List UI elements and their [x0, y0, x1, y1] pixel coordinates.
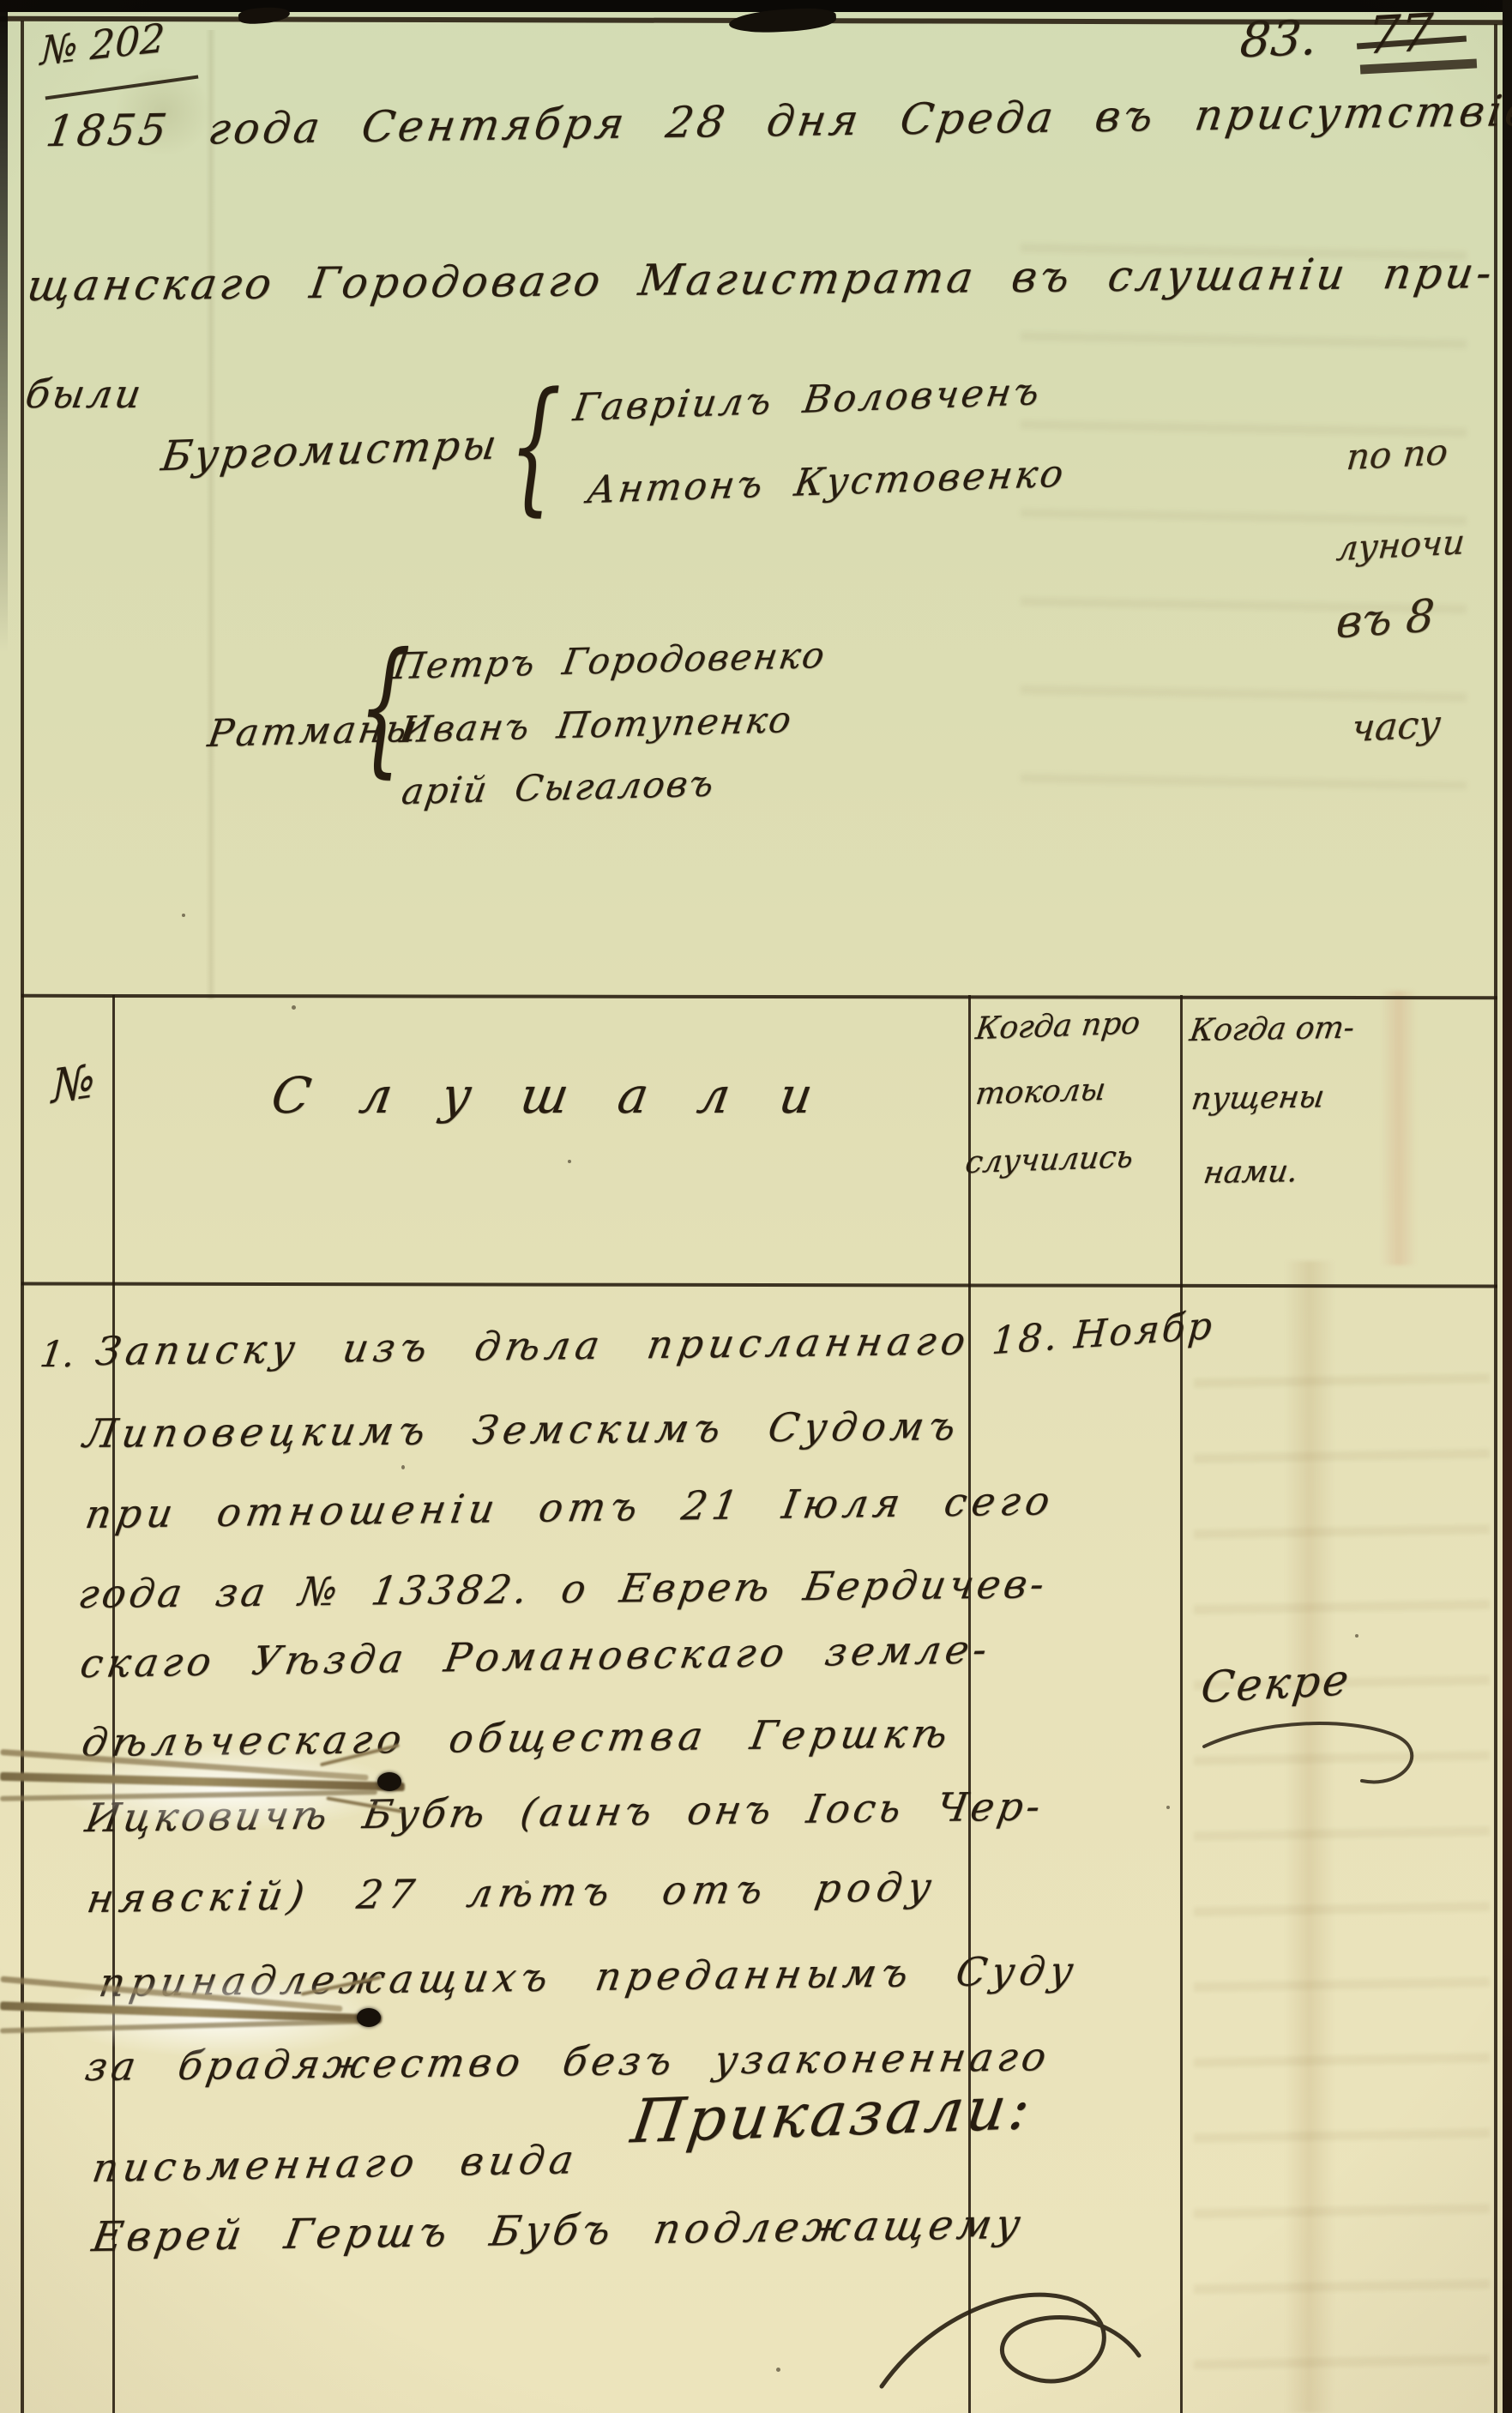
header-heard: С л у ш а л и [268, 1071, 830, 1120]
right-margin-rule [1494, 24, 1497, 2413]
entry-line-4: года за № 13382. о Евреѣ Бердичев- [75, 1564, 1051, 1614]
entry-line-9: принадлежащихъ преданнымъ Суду [96, 1951, 1081, 2002]
scan-left-edge [0, 0, 8, 652]
ink-speck [401, 1465, 405, 1469]
table-top-rule [21, 994, 1497, 999]
header-when-recorded-1: Когда про [974, 1008, 1142, 1045]
bleed-through-ghost-text [1194, 1312, 1490, 2398]
scan-right-edge [1503, 0, 1512, 2413]
burgomasters-brace: { [508, 384, 562, 507]
ink-speck [1166, 1806, 1170, 1809]
header-when-dispatched-2: пущены [1190, 1082, 1327, 1115]
entry-line-2: Липовецкимъ Земскимъ Судомъ [81, 1406, 963, 1453]
ink-smudge [238, 6, 290, 25]
margin-note-line-2: луночи [1334, 525, 1466, 566]
header-when-recorded-2: токолы [974, 1075, 1108, 1110]
ink-speck [568, 1160, 571, 1163]
doc-number-underline [45, 75, 199, 100]
ratman-name-3: арій Сыгаловъ [400, 765, 718, 810]
intro-line-2: щанскаго Городоваго Магистрата въ слушан… [25, 251, 1498, 307]
entry-line-5: скаго Уѣзда Романовскаго земле- [78, 1629, 994, 1683]
column4-fold-stain [1285, 1261, 1334, 2413]
ink-speck [182, 914, 185, 917]
burgomasters-label: Бургомистры [159, 424, 501, 477]
header-when-recorded-3: случились [964, 1142, 1136, 1179]
header-number: № [51, 1058, 95, 1111]
row-number: 1. [38, 1336, 77, 1372]
ink-speck [776, 2368, 780, 2372]
ratman-name-1: Петръ Городовенко [391, 637, 828, 685]
number-column-divider [112, 995, 115, 2413]
left-crease [206, 30, 216, 999]
burgomaster-name-1: Гавріилъ Воловченъ [571, 373, 1044, 427]
doc-number: № 202 [39, 18, 166, 71]
table-header-underline [21, 1282, 1497, 1288]
entry-line-6: дѣльческаго общества Гершкѣ [79, 1713, 955, 1762]
red-edge-stain [1381, 991, 1417, 1265]
thread-strand [0, 2001, 382, 2024]
burgomaster-name-2: Антонъ Кустовенко [585, 455, 1069, 510]
scanned-document-page: № 202 83. 77 1855 года Сентября 28 дня С… [0, 0, 1512, 2413]
ratman-name-2: Иванъ Потупенко [398, 702, 795, 748]
margin-note-line-1: по по [1345, 434, 1449, 475]
thread-knot [357, 2008, 381, 2027]
entry-line-8: нявскій) 27 лѣтъ отъ роду [85, 1867, 941, 1918]
pen-flourish [866, 2273, 1209, 2410]
margin-note-line-4: часу [1350, 706, 1443, 749]
ink-speck [292, 1005, 296, 1010]
scan-top-edge [0, 0, 1512, 12]
entry-line-11: письменнаго вида [90, 2139, 581, 2187]
header-when-dispatched-3: нами. [1202, 1156, 1300, 1189]
entry-line-12: Еврей Гершъ Бубъ подлежащему [89, 2204, 1027, 2258]
intro-line-3: были [23, 374, 147, 413]
date-column-divider [1180, 995, 1183, 2413]
dispatch-note-flourish [1194, 1707, 1451, 1810]
intro-line-1: 1855 года Сентября 28 дня Среда въ прису… [44, 87, 1512, 153]
row-dispatch-note: Секре [1199, 1658, 1353, 1710]
page-number-crossed-out: 77 [1366, 7, 1434, 62]
thread-strand [0, 1772, 405, 1791]
thread-strand [0, 2019, 360, 2034]
thread-knot [377, 1772, 401, 1791]
margin-note-line-3: въ 8 [1334, 594, 1436, 645]
entry-line-7: Ицковичѣ Бубѣ (аинъ онъ Іось Чер- [82, 1786, 1046, 1837]
entry-line-1: Записку изъ дѣла присланнаго [93, 1321, 973, 1372]
page-number: 83. [1238, 15, 1318, 65]
ink-speck [1355, 1634, 1358, 1638]
entry-line-3: при отношеніи отъ 21 Іюля сего [83, 1481, 1058, 1534]
left-margin-rule [21, 21, 24, 2413]
entry-order-word: Приказали: [628, 2078, 1037, 2152]
header-when-dispatched-1: Когда от- [1188, 1013, 1356, 1047]
